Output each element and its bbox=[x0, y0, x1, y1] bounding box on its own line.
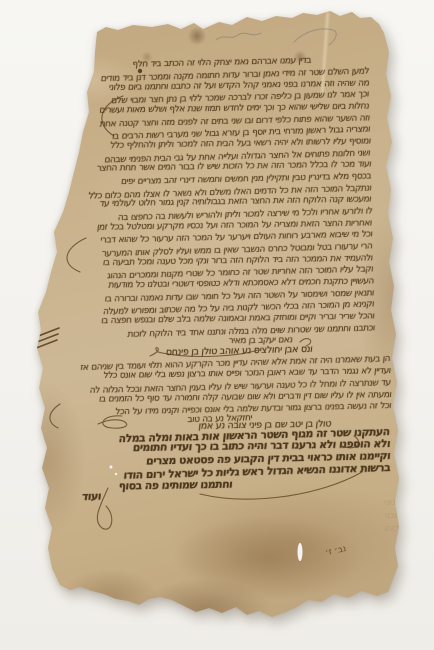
pencil-inscription bbox=[216, 33, 261, 40]
signature-curl-1 bbox=[300, 339, 311, 346]
margin-flourish-lower bbox=[50, 404, 60, 428]
hatch-marks bbox=[31, 328, 59, 350]
signature-flourish-1 bbox=[150, 348, 258, 357]
final-block-curl bbox=[342, 436, 358, 448]
paper-holes bbox=[110, 466, 303, 562]
manuscript-leaf-wrap: בדין עמנו אברהם נאמ יצחק הלוי זה הכתב בי… bbox=[0, 0, 434, 650]
ink-flourishes bbox=[0, 0, 434, 650]
photograph-background: בדין עמנו אברהם נאמ יצחק הלוי זה הכתב בי… bbox=[0, 0, 434, 650]
pencil-hook-mark bbox=[294, 29, 336, 45]
manuscript-leaf: בדין עמנו אברהם נאמ יצחק הלוי זה הכתב בי… bbox=[0, 0, 434, 650]
margin-flourish-upper bbox=[102, 96, 123, 136]
final-block-sweep bbox=[200, 472, 362, 499]
final-block-tail-loop bbox=[97, 488, 111, 529]
ink-blot bbox=[138, 69, 142, 73]
signature-loop-2 bbox=[98, 416, 127, 428]
margin-flourish-middle bbox=[67, 238, 86, 272]
